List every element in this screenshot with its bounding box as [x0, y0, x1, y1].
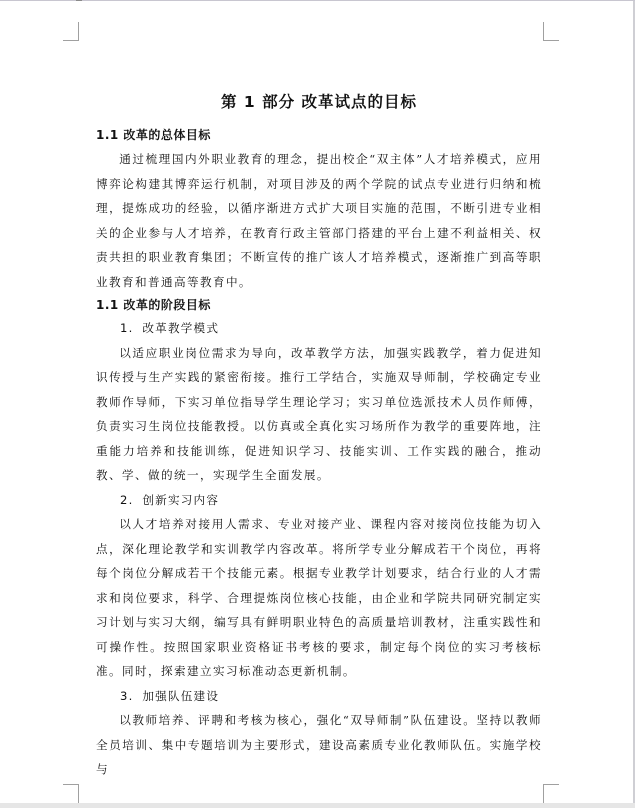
section-heading-stage-goal: 1.1 改革的阶段目标	[96, 294, 542, 316]
subheading-label: 创新实习内容	[142, 493, 219, 507]
margin-corner-mark-bottom-left	[63, 784, 79, 805]
document-page[interactable]: 第 1 部分 改革试点的目标 1.1 改革的总体目标 通过梳理国内外职业教育的理…	[0, 1, 635, 803]
margin-corner-mark-top-left	[63, 22, 79, 41]
paragraph-team-building: 以教师培养、评聘和考核为核心，强化“双导师制”队伍建设。坚持以教师全员培训、集中…	[96, 708, 542, 782]
document-viewport[interactable]: 第 1 部分 改革试点的目标 1.1 改革的总体目标 通过梳理国内外职业教育的理…	[0, 0, 635, 808]
document-title: 第 1 部分 改革试点的目标	[96, 89, 542, 115]
subheading-teaching-mode: 1. 改革教学模式	[96, 316, 542, 341]
subheading-number: 2.	[120, 493, 133, 507]
subheading-number: 1.	[120, 321, 133, 335]
paragraph-overall-goal: 通过梳理国内外职业教育的理念，提出校企“双主体”人才培养模式，应用博弈论构建其博…	[96, 147, 542, 294]
subheading-team-building: 3. 加强队伍建设	[96, 684, 542, 709]
subheading-number: 3.	[120, 689, 133, 703]
page-gap	[0, 803, 635, 808]
subheading-label: 加强队伍建设	[142, 689, 219, 703]
subheading-internship-content: 2. 创新实习内容	[96, 488, 542, 513]
paragraph-teaching-mode: 以适应职业岗位需求为导向，改革教学方法，加强实践教学，着力促进知识传授与生产实践…	[96, 341, 542, 488]
margin-corner-mark-top-right	[543, 22, 559, 41]
page-body[interactable]: 第 1 部分 改革试点的目标 1.1 改革的总体目标 通过梳理国内外职业教育的理…	[96, 89, 542, 782]
section-heading-overall-goal: 1.1 改革的总体目标	[96, 124, 542, 146]
margin-corner-mark-bottom-right	[543, 784, 559, 805]
paragraph-internship-content: 以人才培养对接用人需求、专业对接产业、课程内容对接岗位技能为切入点，深化理论教学…	[96, 512, 542, 684]
subheading-label: 改革教学模式	[142, 321, 219, 335]
